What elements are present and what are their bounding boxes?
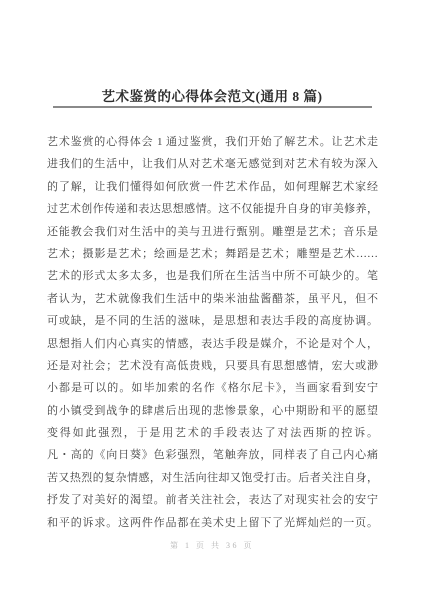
title-divider (53, 106, 372, 108)
text-line: 苦又热烈的复杂情感，对生活向往却又饱受打击。后者关注自身， (47, 467, 378, 489)
page-number: 第 1 页 共 36 页 (0, 540, 424, 551)
text-line: 凡・高的《向日葵》色彩强烈，笔触奔放，同样表了自己内心痛 (47, 444, 378, 466)
page-title: 艺术鉴赏的心得体会范文(通用 8 篇) (0, 85, 424, 105)
text-line: 的了解，让我们懂得如何欣赏一件艺术作品，如何理解艺术家经 (47, 176, 378, 198)
text-line: 的小镇受到战争的肆虐后出现的悲惨景象，心中期盼和平的愿望 (47, 400, 378, 422)
text-line: 可或缺，是不同的生活的滋味，是思想和表达手段的高度协调。 (47, 310, 378, 332)
text-line: 思想指人们内心真实的情感，表达手段是媒介，不论是对个人， (47, 333, 378, 355)
text-line: 还是对社会；艺术没有高低贵贱，只要具有思想感情，宏大或渺 (47, 355, 378, 377)
text-line: 过艺术创作传递和表达思想感情。这不仅能提升自身的审美修养， (47, 198, 378, 220)
text-line: 小都是可以的。如毕加索的名作《格尔尼卡》，当画家看到安宁 (47, 377, 378, 399)
text-line: 变得如此强烈，于是用艺术的手段表达了对法西斯的控诉。 (47, 422, 378, 444)
text-line: 艺术的形式太多太多，也是我们所在生活当中所不可缺少的。笔 (47, 265, 378, 287)
text-line: 艺术鉴赏的心得体会 1 通过鉴赏，我们开始了解艺术。让艺术走 (47, 131, 378, 153)
text-line: 艺术；摄影是艺术；绘画是艺术；舞蹈是艺术；雕塑是艺术…… (47, 243, 378, 265)
text-line: 还能教会我们对生活中的美与丑进行甄别。雕塑是艺术；音乐是 (47, 221, 378, 243)
text-line: 进我们的生活中，让我们从对艺术毫无感觉到对艺术有较为深入 (47, 153, 378, 175)
text-line: 抒发了对美好的渴望。前者关注社会，表达了对现实社会的安宁 (47, 489, 378, 511)
document-body: 艺术鉴赏的心得体会 1 通过鉴赏，我们开始了解艺术。让艺术走进我们的生活中，让我… (47, 131, 378, 534)
text-line: 和平的诉求。这两件作品都在美术史上留下了光辉灿烂的一页。 (47, 512, 378, 534)
document-page: 艺术鉴赏的心得体会范文(通用 8 篇) 艺术鉴赏的心得体会 1 通过鉴赏，我们开… (0, 0, 424, 600)
text-line: 者认为，艺术就像我们生活中的柴米油盐酱醋茶，虽平凡，但不 (47, 288, 378, 310)
